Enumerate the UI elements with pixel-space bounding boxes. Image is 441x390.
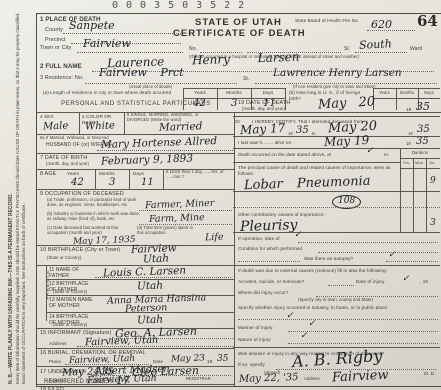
us-months-label: Months [397,91,417,96]
ustable-top [373,88,440,89]
precinct-label: Precinct [45,37,66,44]
residence-right-name: Lawrence Henry Larsen [273,68,402,79]
ustable-mid [373,98,440,99]
marital-value: Married [159,121,203,133]
age-v2 [129,169,130,189]
county-label: County [45,27,63,34]
ward-label: Ward [410,46,422,52]
row-line-13 [37,384,234,385]
race-value: White [85,121,115,132]
birthplace-state-value: Utah [143,254,169,265]
dob-note: (month, day, and year) [46,162,89,167]
county-value: Sanpete [69,20,115,31]
age-label: 8 AGE [40,171,56,178]
length-table-v3 [251,88,252,110]
county-line [63,33,181,34]
occupation-c-label: (c) Date deceased last worked at this oc… [47,226,135,236]
occupation-b-label: (b) Industry or business in which work w… [47,212,145,222]
length-years-label: Years [185,90,215,96]
length-months-value: 3 [231,99,237,109]
full-name-label: 2 FULL NAME [40,63,82,70]
length-days-label: Days [253,90,283,96]
father-bp-value: Utah [137,281,163,292]
row-line-4 [37,189,234,190]
race-cell-line [124,112,125,134]
age-v1 [95,169,96,189]
row-line-9 [46,312,234,313]
birthplace-note: (State or Country) [47,256,81,261]
occupation-d-label: (d) Total time (years) spent in this occ… [137,226,199,236]
town-line [77,52,183,53]
mother-bp-value: Utah [137,315,163,326]
spouse-label-1: 6a If Married, Widowed, or Divorced [40,136,109,141]
page-number: 64 [417,12,438,30]
age-years-value: 42 [71,178,84,188]
undertaker-label: 17 UNDERTAKER [40,369,86,376]
burial-date-value: May 23 [171,354,205,364]
file-no-value: 620 [371,19,392,30]
length-table-top [183,88,285,89]
informant-label: 15 INFORMANT (Signature) [40,330,111,337]
length-table-v4 [285,88,286,110]
form-title-certificate: CERTIFICATE OF DEATH [173,28,306,39]
us-years-label: Years [374,91,395,96]
father-line [95,277,231,278]
occupation-b-value: Farm, Mine [149,213,205,224]
length-days-value: 11 [263,99,276,109]
undertaker-addr-label: Address [49,378,67,384]
certificate-form: 1 PLACE OF DEATH County Sanpete Precinct… [36,13,441,387]
section-divider [37,112,441,113]
serial-number-stamp: 0003503522 [112,0,252,11]
age-v3 [163,169,164,189]
burial-year-value: 35 [217,355,228,364]
st-label: St. [344,46,350,52]
informant-addr-line [77,346,233,347]
spouse-value: Mary Hortense Allred [101,136,217,151]
length-b-label: (b) How long in U. S., if of foreign bir… [289,90,369,101]
age-years-label: Years [67,171,79,177]
column-divider [234,112,235,386]
birthplace-label: 10 BIRTHPLACE (City or Town) [40,247,120,254]
occupation-a-value: Farmer, Miner [145,199,215,211]
occupation-a-label: (a) Trade, profession, or particular kin… [47,198,145,208]
age-months-label: Months [99,171,115,177]
town-value: Fairview [83,38,131,49]
burial-year-printed: 19 [207,359,212,365]
us-days-label: Days [419,91,439,96]
sex-value: Male [43,122,69,133]
margin-note-line2: Every item of information should be care… [15,12,27,384]
file-no-label: State Board of Health File No. [295,18,359,24]
length-months-label: Months [219,90,249,96]
death-certificate-scan: 0003503522 N. B.—WRITE PLAINLY WITH UNFA… [0,0,441,390]
residence-label: 3 Residence: No. [40,75,84,82]
ward-value: South [359,38,392,51]
residence-st-label: St. [243,76,249,82]
occ-a-line [139,210,232,211]
sex-label: 4 SEX [40,114,54,120]
sex-cell-line [79,112,80,134]
spouse-line [97,150,233,151]
form-title-state: STATE OF UTAH [195,17,282,28]
occupation-d-value: Life [205,233,224,243]
age-months-value: 3 [109,178,115,188]
town-label: Town or City [40,45,71,52]
informant-addr-label: Address [49,341,67,347]
row-line-11 [37,348,234,349]
dob-value: February 9, 1893 [101,153,193,167]
age-days-value: 11 [141,178,154,188]
personal-section-title: PERSONAL AND STATISTICAL PARTICULARS [45,101,227,108]
age-less-note: If LESS than 1 day, ......hrs. or ......… [166,170,232,180]
length-a-label: (a) Length of residence in city or town … [43,90,175,96]
street-no-label: No. [189,46,197,52]
ward-line [355,52,407,53]
age-days-label: Days [133,171,144,177]
father-label: 11 NAME OF FATHER [49,267,89,279]
burial-place-label: Place [49,359,61,365]
residence-value: Fairview Prct [99,67,184,78]
mother-label: 13 MAIDEN NAME OF MOTHER [49,297,95,309]
file-no-line [367,30,415,31]
